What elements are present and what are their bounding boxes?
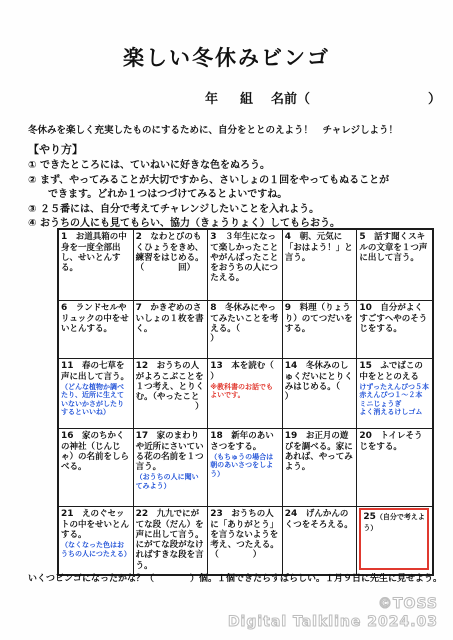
bingo-cell-note: （おうちの人に聞いてみよう） (136, 473, 206, 490)
bingo-cell-5: 5 話す聞くスキルの文章を１つ声に出して言う。 (357, 230, 432, 301)
bingo-cell-number: 16 (61, 431, 74, 441)
bingo-cell-7: 7 かきぞめのさいしょの１枚を書く。 (134, 301, 209, 359)
self-idea-red-box: 25（自分で考えよう） (359, 508, 429, 570)
bingo-cell-number: 9 (285, 303, 291, 313)
howto-item-2: ② まず、やってみることが大切ですから、さいしょの１回をやってもぬることが (28, 174, 433, 189)
bingo-cell-number: 18 (210, 431, 223, 441)
bingo-cell-note: （どんな植物か調べたり、近所に生えていないかさがしたりするといいね） (61, 383, 131, 417)
howto-item-2-cont: できます。どれか１つはつづけてみるとよいですね。 (28, 188, 433, 203)
bingo-cell-number: 13 (210, 361, 223, 371)
bingo-cell-number: 11 (61, 361, 74, 371)
name-paren-close: ） (428, 88, 441, 107)
class-label: 組 (240, 88, 253, 107)
credit-block: ©TOSS Digital Talkline 2024.03 (228, 596, 438, 631)
bingo-cell-number: 6 (61, 303, 67, 313)
page-title: 楽しい冬休みビンゴ (0, 42, 453, 72)
bingo-cell-number: 22 (136, 509, 149, 519)
bingo-cell-19: 19 お正月の遊びを調べる。家にあれば、やってみよう。 (283, 429, 358, 507)
bingo-cell-number: 7 (136, 303, 142, 313)
bingo-cell-4: 4 朝、元気に「おはよう！」と言う。 (283, 230, 358, 301)
bingo-cell-number: 15 (359, 361, 372, 371)
bingo-cell-note: けずったえんぴつ５本 赤えんぴつ１～２本 ミニじょうぎ よく消えるけしゴム (359, 383, 430, 417)
bingo-cell-number: 10 (359, 303, 372, 313)
howto-section: 【やり方】 ① できたところには、ていねいに好きな色をぬろう。 ② まず、やって… (28, 141, 433, 232)
bingo-cell-number: 1 (61, 232, 67, 242)
bingo-cell-text: 21 えのぐセットの中をせいとんする。 (61, 509, 131, 540)
bingo-cell-text: 10 自分がよくすごすへやのそうじをする。 (359, 303, 430, 334)
intro-text: 冬休みを楽しく充実したものにするために、自分をととのえよう！ チャレジしよう！ (28, 122, 428, 136)
howto-item-3: ③ ２５番には、自分で考えてチャレンジしたいことを入れよう。 (28, 203, 433, 218)
worksheet-page: 楽しい冬休みビンゴ 年 組 名前（ ） 冬休みを楽しく充実したものにするために、… (0, 0, 453, 640)
bingo-cell-text: 18 新年のあいさつをする。 (210, 431, 280, 452)
bingo-cell-note: （なくなった色はおうちの人につたえる） (61, 541, 131, 558)
bingo-cell-number: 8 (210, 303, 216, 313)
bingo-cell-1: 1 お道具箱の中身を一度全部出し、せいとんする。 (59, 230, 134, 301)
bingo-cell-15: 15 ふでばこの中をととのえるけずったえんぴつ５本 赤えんぴつ１～２本 ミニじょ… (357, 359, 432, 429)
bingo-cell-20: 20 トイレそうじをする。 (357, 429, 432, 507)
bingo-cell-17: 17 家のまわりや近所にさいている花の名前を１つ言う。（おうちの人に聞いてみよう… (134, 429, 209, 507)
bingo-cell-text: 16 家のちかくの神社（じんじゃ）の名前をしらべる。 (61, 431, 131, 472)
bingo-cell-text: 8 冬休みにやってみたいことを考える。（ ） (210, 303, 280, 344)
bingo-cell-text: 4 朝、元気に「おはよう！」と言う。 (285, 232, 355, 263)
bingo-cell-text: 17 家のまわりや近所にさいている花の名前を１つ言う。 (136, 431, 206, 472)
bingo-cell-23: 23 おうちの人に「ありがとう」を言うないようを考え、つたえる。（ ） (208, 507, 283, 574)
bingo-cell-text: 22 九九でにがてな段（だん）を声に出して言う。にがてな段がなければすきな段を言… (136, 509, 206, 571)
bingo-cell-12: 12 おうちの人がよろこぶことを１つ考え、とりくむ。（やったこと ） (134, 359, 209, 429)
name-line: 年 組 名前（ ） (205, 88, 441, 107)
bingo-cell-2: 2 なわとびのもくひょうをきめ、練習をはじめる。（ 回） (134, 230, 209, 301)
name-label: 名前（ (271, 88, 310, 107)
bingo-cell-18: 18 新年のあいさつをする。（もちゅうの場合は朝のあいさつをしよう） (208, 429, 283, 507)
bingo-cell-text: 25（自分で考えよう） (363, 512, 425, 533)
bingo-cell-6: 6 ランドセルやリュックの中をせいとんする。 (59, 301, 134, 359)
bingo-cell-24: 24 げんかんのくつをそろえる。 (283, 507, 358, 574)
bingo-cell-text: 15 ふでばこの中をととのえる (359, 361, 430, 382)
bingo-cell-number: 4 (285, 232, 291, 242)
bingo-cell-number: 3 (210, 232, 216, 242)
bingo-cell-9: 9 料理（りょうり）のてつだいをする。 (283, 301, 358, 359)
bingo-cell-text: 12 おうちの人がよろこぶことを１つ考え、とりくむ。（やったこと ） (136, 361, 206, 413)
bingo-cell-22: 22 九九でにがてな段（だん）を声に出して言う。にがてな段がなければすきな段を言… (134, 507, 209, 574)
bingo-cell-number: 14 (285, 361, 298, 371)
howto-heading: 【やり方】 (28, 141, 433, 157)
bingo-cell-text: 23 おうちの人に「ありがとう」を言うないようを考え、つたえる。（ ） (210, 509, 280, 561)
bingo-cell-number: 24 (285, 509, 298, 519)
bingo-cell-number: 21 (61, 509, 74, 519)
bingo-cell-number: 25 (363, 512, 376, 522)
bingo-cell-text: 9 料理（りょうり）のてつだいをする。 (285, 303, 355, 334)
year-label: 年 (205, 88, 218, 107)
bingo-cell-13: 13 本を読む（ ）※教科書のお話でもよいです。 (208, 359, 283, 429)
bingo-cell-text: 24 げんかんのくつをそろえる。 (285, 509, 355, 530)
bingo-cell-14: 14 冬休みのしゅくだいにとりくみはじめる。（ ） (283, 359, 358, 429)
bingo-cell-note: ※教科書のお話でもよいです。 (210, 383, 280, 400)
bingo-cell-text: 6 ランドセルやリュックの中をせいとんする。 (61, 303, 131, 334)
bingo-cell-number: 23 (210, 509, 223, 519)
bingo-cell-8: 8 冬休みにやってみたいことを考える。（ ） (208, 301, 283, 359)
score-line: いくつビンゴになったかな？（ ）個。１個できたらすばらしい。１月９日に先生に見せ… (28, 571, 442, 584)
bingo-cell-text: 11 春の七草を声に出して言う。 (61, 361, 131, 382)
bingo-cell-note: （もちゅうの場合は朝のあいさつをしよう） (210, 453, 280, 478)
credit-toss: ©TOSS (228, 596, 438, 614)
bingo-cell-number: 5 (359, 232, 365, 242)
bingo-cell-number: 20 (359, 431, 372, 441)
bingo-cell-25: 25（自分で考えよう） (357, 507, 432, 574)
howto-item-1: ① できたところには、ていねいに好きな色をぬろう。 (28, 159, 433, 174)
bingo-cell-16: 16 家のちかくの神社（じんじゃ）の名前をしらべる。 (59, 429, 134, 507)
bingo-cell-text: 13 本を読む（ ） (210, 361, 280, 382)
bingo-grid: 1 お道具箱の中身を一度全部出し、せいとんする。2 なわとびのもくひょうをきめ、… (57, 228, 434, 576)
bingo-cell-text: 19 お正月の遊びを調べる。家にあれば、やってみよう。 (285, 431, 355, 472)
bingo-cell-21: 21 えのぐセットの中をせいとんする。（なくなった色はおうちの人につたえる） (59, 507, 134, 574)
bingo-cell-10: 10 自分がよくすごすへやのそうじをする。 (357, 301, 432, 359)
bingo-cell-number: 12 (136, 361, 149, 371)
bingo-cell-number: 19 (285, 431, 298, 441)
bingo-cell-text: 3 ３年生になって楽しかったことやがんばったことをおうちの人につたえる。 (210, 232, 280, 284)
bingo-cell-text: 2 なわとびのもくひょうをきめ、練習をはじめる。（ 回） (136, 232, 206, 273)
bingo-cell-text: 1 お道具箱の中身を一度全部出し、せいとんする。 (61, 232, 131, 273)
bingo-cell-text: 20 トイレそうじをする。 (359, 431, 430, 452)
bingo-cell-number: 2 (136, 232, 142, 242)
bingo-cell-text: 7 かきぞめのさいしょの１枚を書く。 (136, 303, 206, 334)
bingo-cell-number: 17 (136, 431, 149, 441)
credit-talkline: Digital Talkline 2024.03 (228, 614, 438, 632)
bingo-cell-text: 14 冬休みのしゅくだいにとりくみはじめる。（ ） (285, 361, 355, 402)
bingo-cell-3: 3 ３年生になって楽しかったことやがんばったことをおうちの人につたえる。 (208, 230, 283, 301)
bingo-cell-11: 11 春の七草を声に出して言う。（どんな植物か調べたり、近所に生えていないかさが… (59, 359, 134, 429)
bingo-cell-text: 5 話す聞くスキルの文章を１つ声に出して言う。 (359, 232, 430, 263)
